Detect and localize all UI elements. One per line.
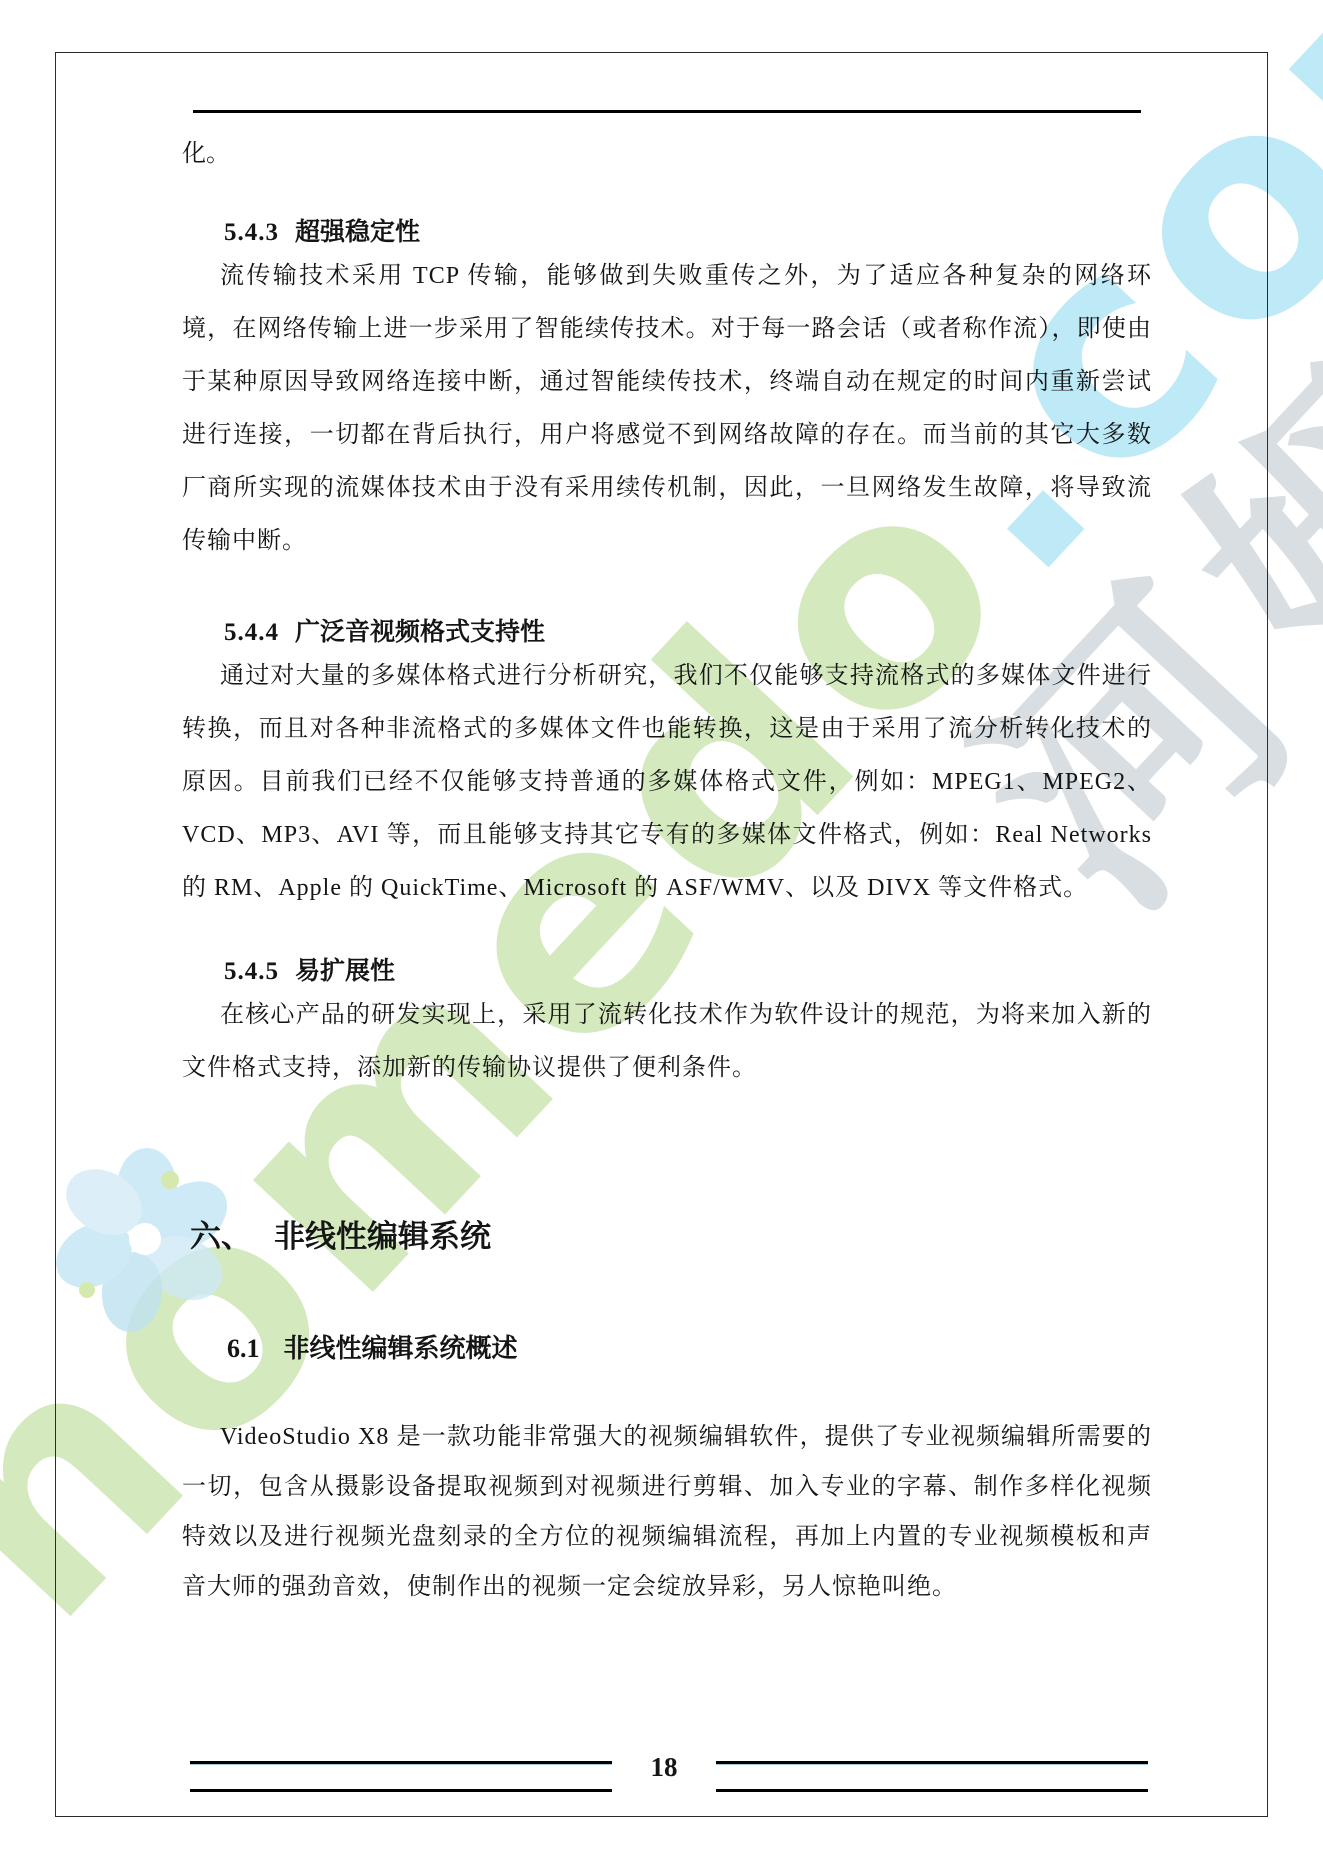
heading-number: 6.1 <box>227 1334 260 1363</box>
heading-title: 易扩展性 <box>295 958 395 985</box>
heading-5-4-4: 5.4.4广泛音视频格式支持性 <box>182 616 1152 650</box>
heading-number: 5.4.3 <box>224 219 279 246</box>
paragraph-stability: 流传输技术采用 TCP 传输，能够做到失败重传之外，为了适应各种复杂的网络环境，… <box>182 250 1152 568</box>
heading-chapter-6: 六、非线性编辑系统 <box>182 1215 1152 1259</box>
header-rule <box>193 110 1141 113</box>
paragraph-format-support: 通过对大量的多媒体格式进行分析研究，我们不仅能够支持流格式的多媒体文件进行转换，… <box>182 650 1152 915</box>
footer-rule-bottom <box>716 1789 1148 1792</box>
footer-rule-bottom <box>190 1789 612 1792</box>
paragraph-fragment: 化。 <box>182 138 1152 170</box>
heading-number: 5.4.4 <box>224 619 279 646</box>
paragraph-extensibility: 在核心产品的研发实现上，采用了流转化技术作为软件设计的规范，为将来加入新的文件格… <box>182 989 1152 1095</box>
document-page: homedo.com 河姆渡 化。 5.4.3超强稳定性 流传输技术采用 TCP… <box>0 0 1323 1871</box>
page-content: 化。 5.4.3超强稳定性 流传输技术采用 TCP 传输，能够做到失败重传之外，… <box>182 134 1152 1612</box>
heading-title: 广泛音视频格式支持性 <box>295 619 545 646</box>
heading-number: 5.4.5 <box>224 958 279 985</box>
heading-title: 非线性编辑系统概述 <box>284 1334 518 1363</box>
page-footer: 18 <box>190 1752 1148 1792</box>
heading-5-4-3: 5.4.3超强稳定性 <box>182 216 1152 250</box>
heading-6-1: 6.1非线性编辑系统概述 <box>182 1331 1152 1367</box>
footer-rule-right <box>716 1761 1148 1792</box>
footer-rule-left <box>190 1761 612 1792</box>
paragraph-videostudio: VideoStudio X8 是一款功能非常强大的视频编辑软件，提供了专业视频编… <box>182 1412 1152 1612</box>
heading-title: 超强稳定性 <box>295 219 420 246</box>
heading-5-4-5: 5.4.5易扩展性 <box>182 955 1152 989</box>
heading-title: 非线性编辑系统 <box>274 1219 491 1254</box>
heading-number: 六、 <box>190 1219 252 1254</box>
footer-rule-top <box>716 1761 1148 1765</box>
footer-rule-top <box>190 1761 612 1765</box>
page-number: 18 <box>612 1752 716 1782</box>
